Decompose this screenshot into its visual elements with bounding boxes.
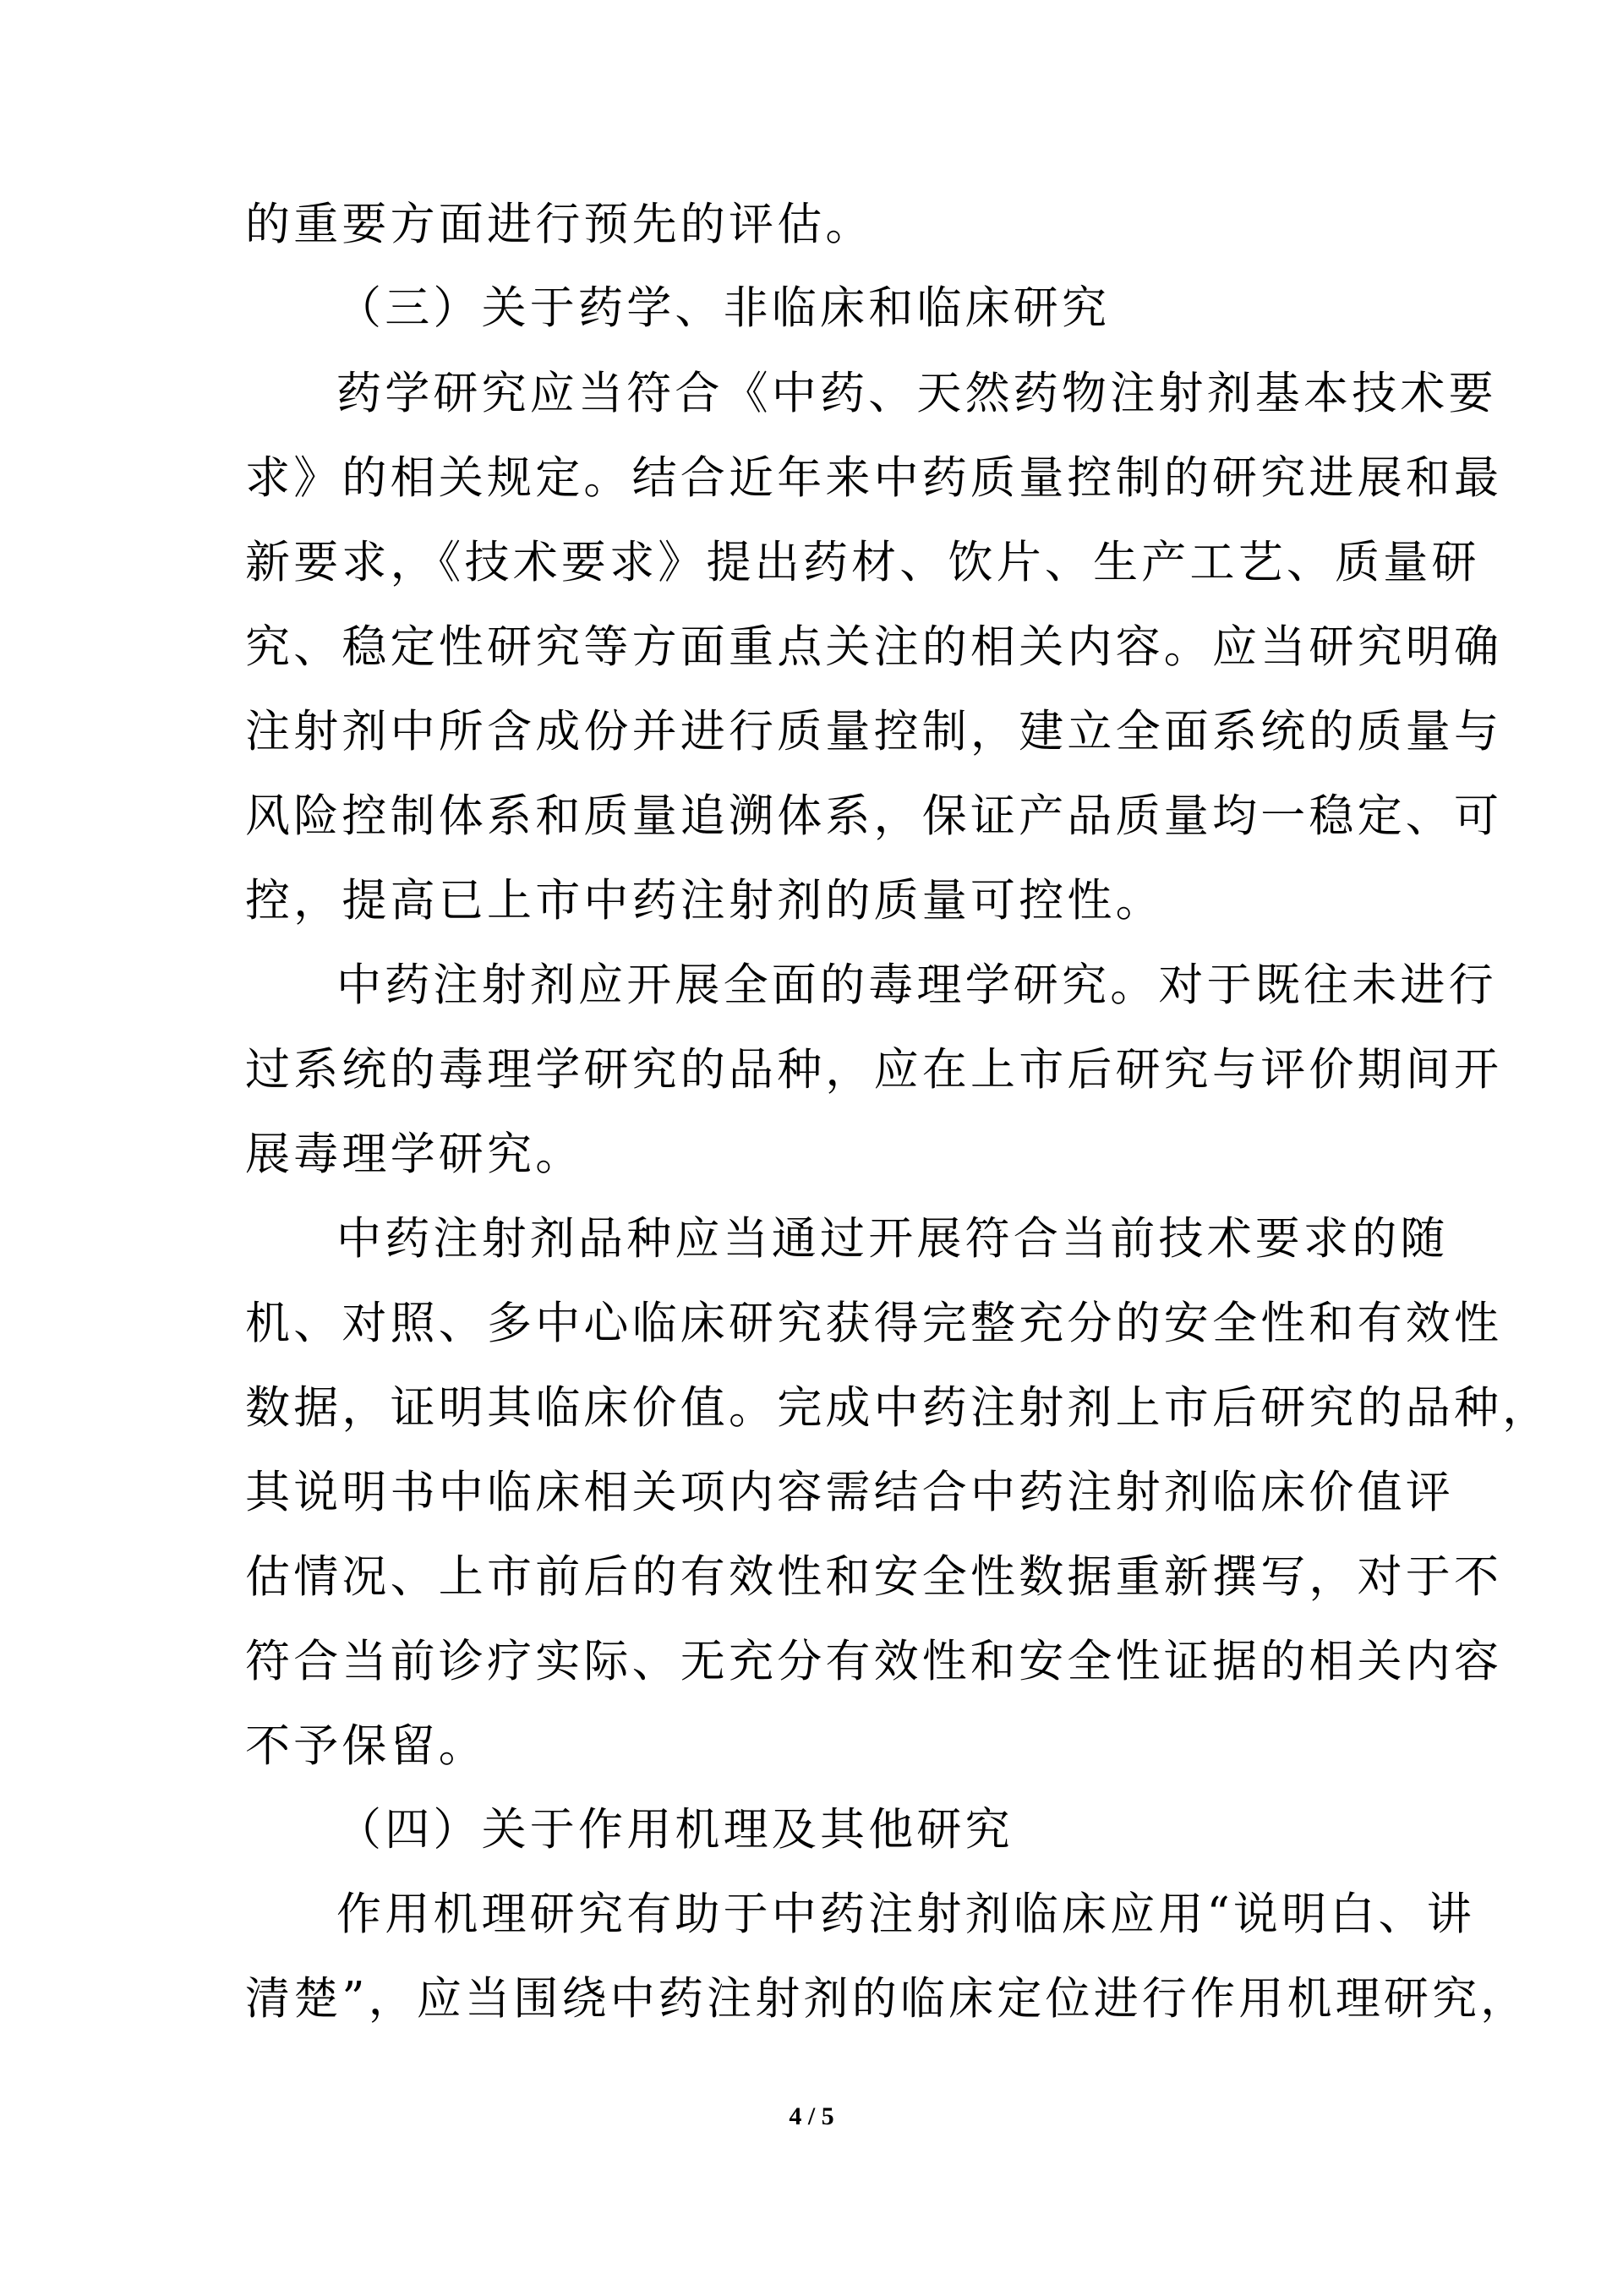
paragraph-line: 清楚”，应当围绕中药注射剂的临床定位进行作用机理研究， (245, 1972, 1395, 2026)
paragraph-line: 的重要方面进行预先的评估。 (245, 198, 1395, 252)
paragraph-line: 究、稳定性研究等方面重点关注的相关内容。应当研究明确 (245, 620, 1395, 675)
section-heading-3: （三）关于药学、非临床和临床研究 (336, 282, 1486, 336)
paragraph-line: 中药注射剂品种应当通过开展符合当前技术要求的随 (336, 1212, 1486, 1266)
paragraph-line: 作用机理研究有助于中药注射剂临床应用“说明白、讲 (336, 1888, 1486, 1942)
paragraph-line: 中药注射剂应开展全面的毒理学研究。对于既往未进行 (336, 959, 1486, 1013)
paragraph-line: 新要求，《技术要求》提出药材、饮片、生产工艺、质量研 (245, 536, 1395, 590)
paragraph-line: 估情况、上市前后的有效性和安全性数据重新撰写，对于不 (245, 1550, 1395, 1604)
paragraph-line: 控，提高已上市中药注射剂的质量可控性。 (245, 874, 1395, 928)
section-heading-4: （四）关于作用机理及其他研究 (336, 1803, 1486, 1857)
paragraph-line: 过系统的毒理学研究的品种，应在上市后研究与评价期间开 (245, 1043, 1395, 1097)
paragraph-line: 不予保留。 (245, 1719, 1395, 1774)
paragraph-line: 其说明书中临床相关项内容需结合中药注射剂临床价值评 (245, 1466, 1395, 1520)
paragraph-line: 药学研究应当符合《中药、天然药物注射剂基本技术要 (336, 367, 1486, 421)
paragraph-line: 符合当前诊疗实际、无充分有效性和安全性证据的相关内容 (245, 1635, 1395, 1689)
paragraph-line: 展毒理学研究。 (245, 1128, 1395, 1182)
paragraph-line: 数据，证明其临床价值。完成中药注射剂上市后研究的品种， (245, 1381, 1395, 1435)
paragraph-line: 注射剂中所含成份并进行质量控制，建立全面系统的质量与 (245, 705, 1395, 759)
document-page: 的重要方面进行预先的评估。 （三）关于药学、非临床和临床研究 药学研究应当符合《… (0, 0, 1623, 2296)
paragraph-line: 风险控制体系和质量追溯体系，保证产品质量均一稳定、可 (245, 790, 1395, 844)
paragraph-line: 求》的相关规定。结合近年来中药质量控制的研究进展和最 (245, 451, 1395, 506)
page-number: 4 / 5 (0, 2102, 1623, 2131)
paragraph-line: 机、对照、多中心临床研究获得完整充分的安全性和有效性 (245, 1297, 1395, 1351)
